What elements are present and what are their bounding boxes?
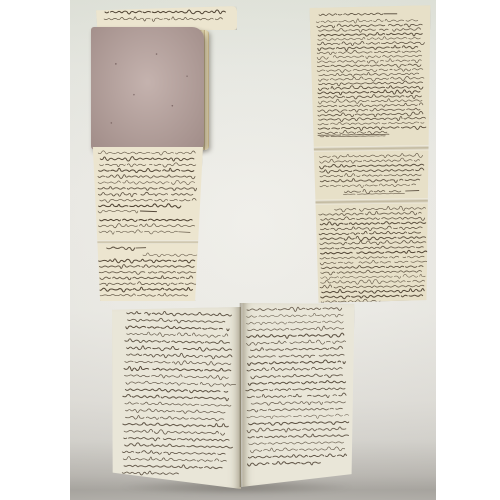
handwriting-paragraph — [90, 147, 203, 211]
document-notebook-with-cover — [90, 6, 240, 306]
handwriting-paragraph — [312, 204, 435, 304]
handwriting-paragraph — [309, 17, 433, 141]
journal-gutter — [239, 303, 243, 487]
journal-left-page — [112, 307, 241, 489]
document-open-journal — [111, 303, 357, 499]
document-folded-letter — [309, 5, 437, 305]
photo-canvas: Photograph of three 19th-century handwri… — [0, 0, 500, 500]
handwriting-paragraph — [90, 252, 203, 301]
handwriting-lines — [98, 6, 235, 28]
handwriting-page — [242, 306, 355, 472]
handwriting-paragraph — [311, 151, 434, 191]
handwriting-paragraph — [90, 216, 203, 238]
notebook-diary-page — [90, 147, 203, 301]
handwriting-page — [114, 309, 239, 481]
letter-page — [309, 5, 435, 303]
journal-right-page — [241, 303, 355, 487]
handwriting-phrase-unpleasant-day — [311, 187, 433, 199]
notebook-mauve-cover — [91, 27, 204, 150]
